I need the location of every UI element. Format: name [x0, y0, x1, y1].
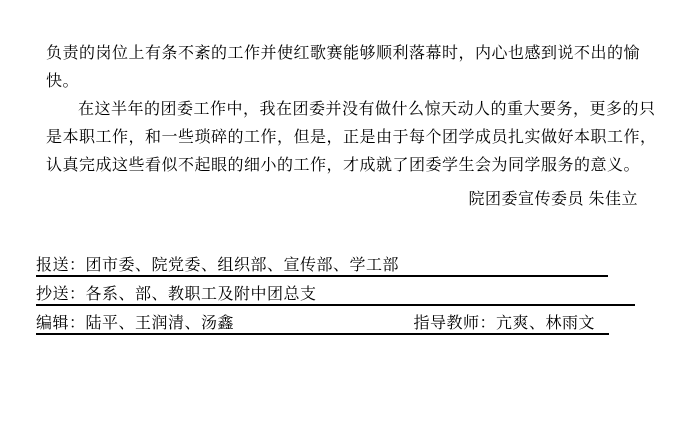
paragraph2-line-1: 在这半年的团委工作中，我在团委并没有做什么惊天动人的重大要务，更多的只: [46, 96, 638, 124]
document-footer: 报送：团市委、院党委、组织部、宣传部、学工部 抄送：各系、部、教职工及附中团总支…: [36, 256, 635, 343]
advisor-text: 指导教师：亢爽、林雨文: [413, 314, 595, 333]
copy-to-row: 抄送：各系、部、教职工及附中团总支: [36, 285, 635, 306]
editor-row: 编辑：陆平、王润清、汤鑫 指导教师：亢爽、林雨文: [36, 314, 609, 335]
report-to-text: 报送：团市委、院党委、组织部、宣传部、学工部: [36, 257, 399, 274]
paragraph1-line-2: 快。: [46, 68, 638, 96]
signature-line: 院团委宣传委员 朱佳立: [46, 186, 638, 214]
paragraph2-line-3: 认真完成这些看似不起眼的细小的工作，才成就了团委学生会为同学服务的意义。: [46, 152, 638, 180]
copy-to-text: 抄送：各系、部、教职工及附中团总支: [36, 286, 317, 303]
document-body: 负责的岗位上有条不紊的工作并使红歌赛能够顺利落幕时，内心也感到说不出的愉 快。 …: [46, 40, 638, 214]
editor-text: 编辑：陆平、王润清、汤鑫: [36, 314, 234, 333]
report-to-row: 报送：团市委、院党委、组织部、宣传部、学工部: [36, 256, 608, 277]
paragraph2-line-2: 是本职工作，和一些琐碎的工作，但是，正是由于每个团学成员扎实做好本职工作，: [46, 124, 638, 152]
document-page: 负责的岗位上有条不紊的工作并使红歌赛能够顺利落幕时，内心也感到说不出的愉 快。 …: [0, 0, 682, 436]
paragraph1-line-1: 负责的岗位上有条不紊的工作并使红歌赛能够顺利落幕时，内心也感到说不出的愉: [46, 40, 638, 68]
